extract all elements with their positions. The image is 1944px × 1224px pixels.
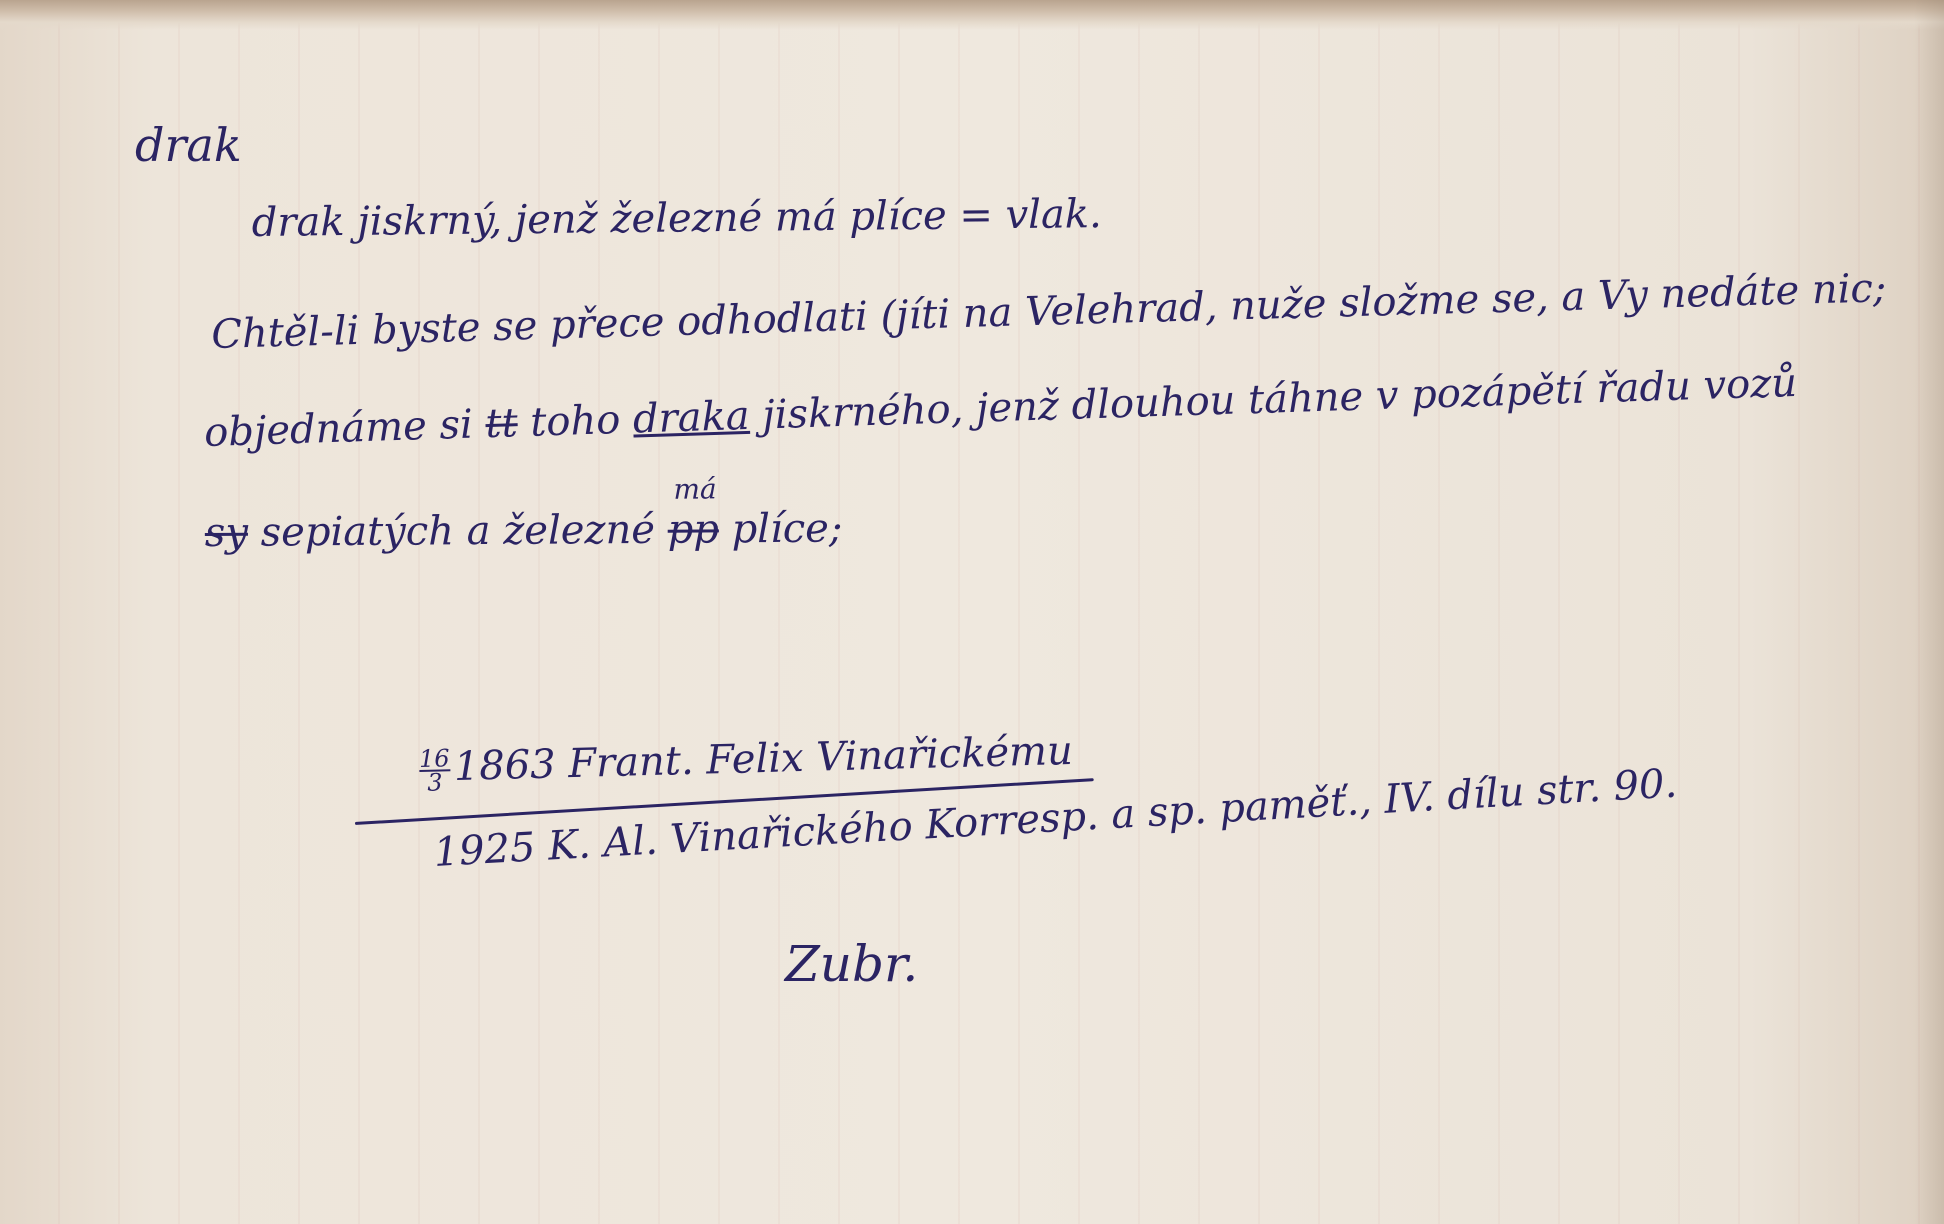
letter-year: 1863 bbox=[453, 741, 556, 790]
struck-text: tt bbox=[485, 400, 519, 447]
definition-line: drak jiskrný, jenž železné má plíce = vl… bbox=[252, 191, 1102, 246]
date-fraction: 16 3 bbox=[419, 747, 451, 794]
struck-text: sy bbox=[205, 510, 248, 556]
quote-text: plíce; bbox=[731, 506, 842, 553]
quote-text: objednáme si bbox=[204, 402, 474, 456]
quote-text: toho bbox=[530, 397, 621, 446]
card-right-edge bbox=[1914, 0, 1944, 1224]
struck-text: pp bbox=[668, 506, 720, 552]
signature: Zubr. bbox=[785, 935, 918, 993]
quote-line-3: sy sepiatých a železné má pp plíce; bbox=[205, 506, 843, 556]
inserted-word: má bbox=[673, 472, 716, 505]
index-card bbox=[0, 0, 1944, 1224]
correction: má pp bbox=[668, 506, 720, 552]
headword: drak bbox=[135, 118, 242, 172]
date-month: 3 bbox=[419, 771, 450, 794]
quote-text: sepiatých a železné bbox=[261, 507, 656, 556]
underlined-headword: draka bbox=[632, 393, 750, 443]
